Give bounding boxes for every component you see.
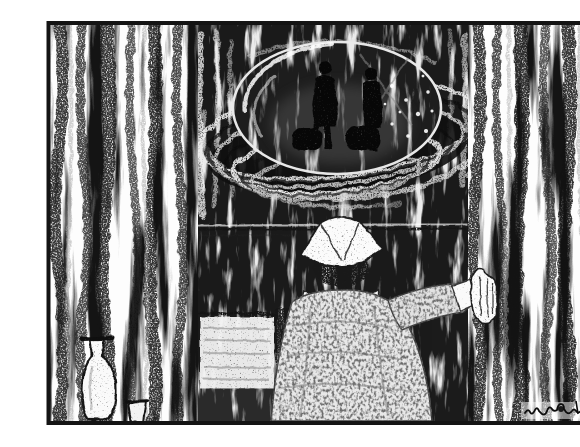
dome-inner-glow (270, 84, 410, 164)
ufo-dome (233, 42, 441, 174)
lower-pane (198, 317, 276, 422)
drawing-canvas (40, 16, 580, 431)
left-curtain (50, 25, 198, 421)
cabin-console-left (292, 128, 322, 150)
cabin-console-right (346, 126, 380, 150)
artist-signature (521, 401, 580, 419)
cartoon-illustration: A nurse in a white cap, seen from behind… (40, 16, 580, 431)
right-curtain (468, 25, 580, 421)
carafe-rim (82, 338, 113, 339)
glass-rim (127, 401, 147, 402)
tumbler-glass (127, 401, 147, 422)
